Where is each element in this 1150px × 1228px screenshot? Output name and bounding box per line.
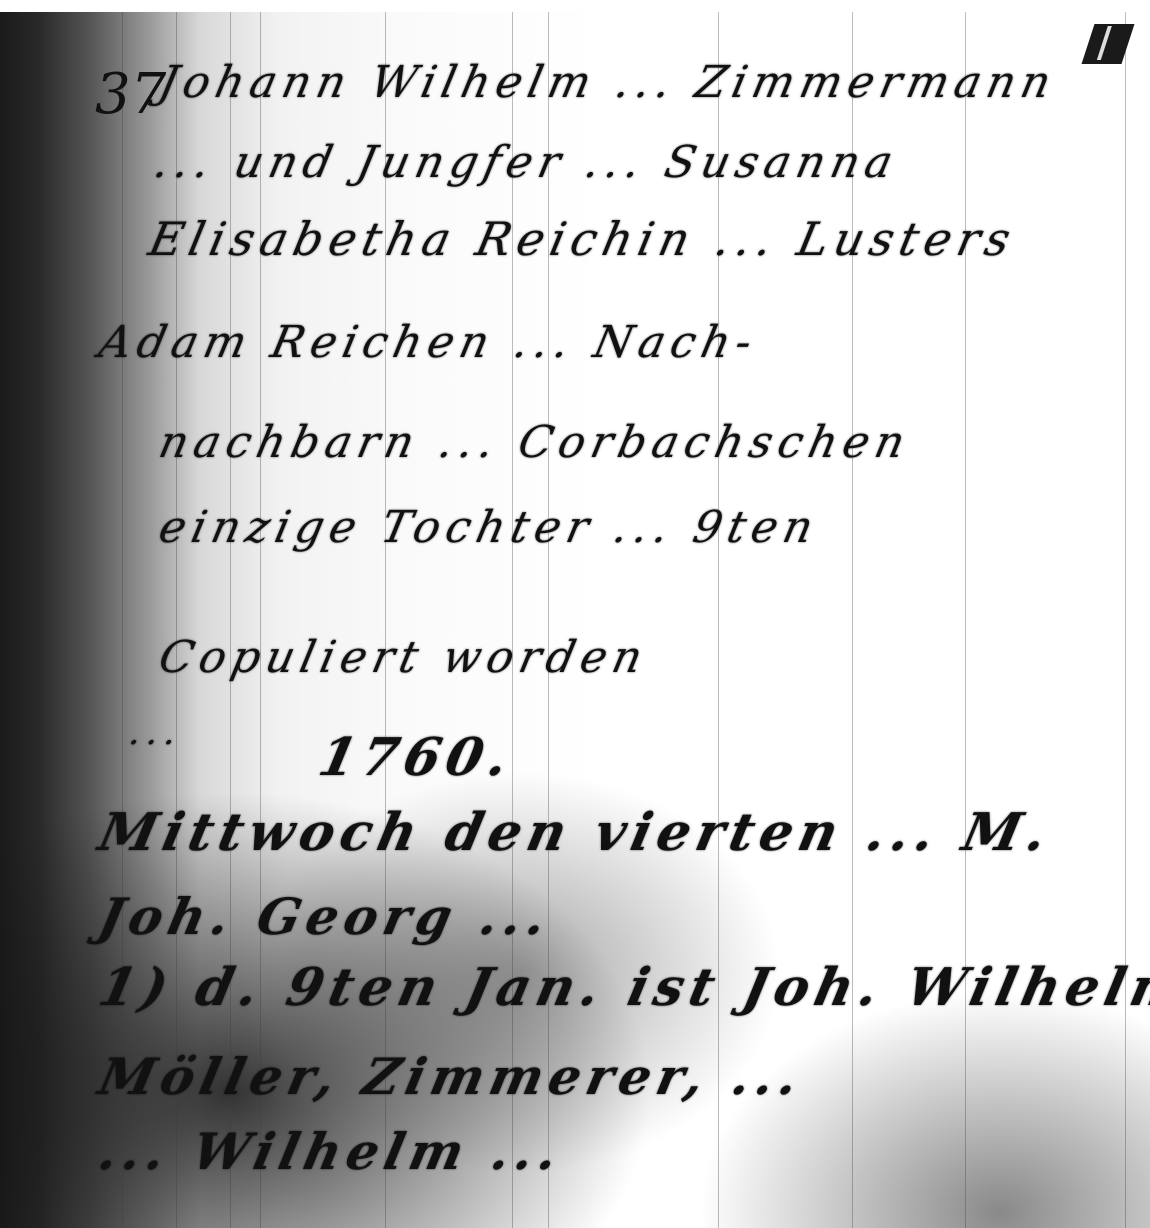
- vertical-rule: [385, 12, 386, 1228]
- vertical-rule: [122, 12, 123, 1228]
- vertical-rule: [230, 12, 231, 1228]
- scanned-document-page: 37 Johann Wilhelm ... Zimmermann ... und…: [0, 12, 1150, 1228]
- handwritten-line: ...: [126, 712, 187, 753]
- vertical-rule: [176, 12, 177, 1228]
- vertical-rule: [965, 12, 966, 1228]
- vertical-rule: [718, 12, 719, 1228]
- handwritten-line: ... und Jungfer ... Susanna: [150, 137, 904, 188]
- vertical-rule: [1125, 12, 1126, 1228]
- handwritten-line: ... Wilhelm ...: [94, 1122, 569, 1181]
- vertical-rule: [512, 12, 513, 1228]
- entry-number: 37: [95, 62, 166, 127]
- handwritten-line: nachbarn ... Corbachschen: [155, 417, 916, 468]
- handwritten-line: Mittwoch den vierten ... M.: [94, 802, 1058, 863]
- handwritten-line: 1) d. 9ten Jan. ist Joh. Wilhelm: [94, 957, 1150, 1018]
- handwritten-line: Möller, Zimmerer, ...: [94, 1047, 810, 1106]
- vertical-rule: [260, 12, 261, 1228]
- handwritten-line: Johann Wilhelm ... Zimmermann: [155, 57, 1062, 108]
- handwritten-line: Copuliert worden: [155, 632, 653, 683]
- handwritten-line: Adam Reichen ... Nach-: [95, 317, 763, 368]
- handwritten-line: einzige Tochter ... 9ten: [155, 502, 824, 553]
- handwritten-line: Joh. Georg ...: [94, 887, 558, 946]
- year-heading: 1760.: [314, 727, 520, 788]
- handwritten-line: Elisabetha Reichin ... Lusters: [144, 212, 1021, 266]
- corner-mark: [1082, 24, 1135, 64]
- vertical-rule: [852, 12, 853, 1228]
- vertical-rule: [548, 12, 549, 1228]
